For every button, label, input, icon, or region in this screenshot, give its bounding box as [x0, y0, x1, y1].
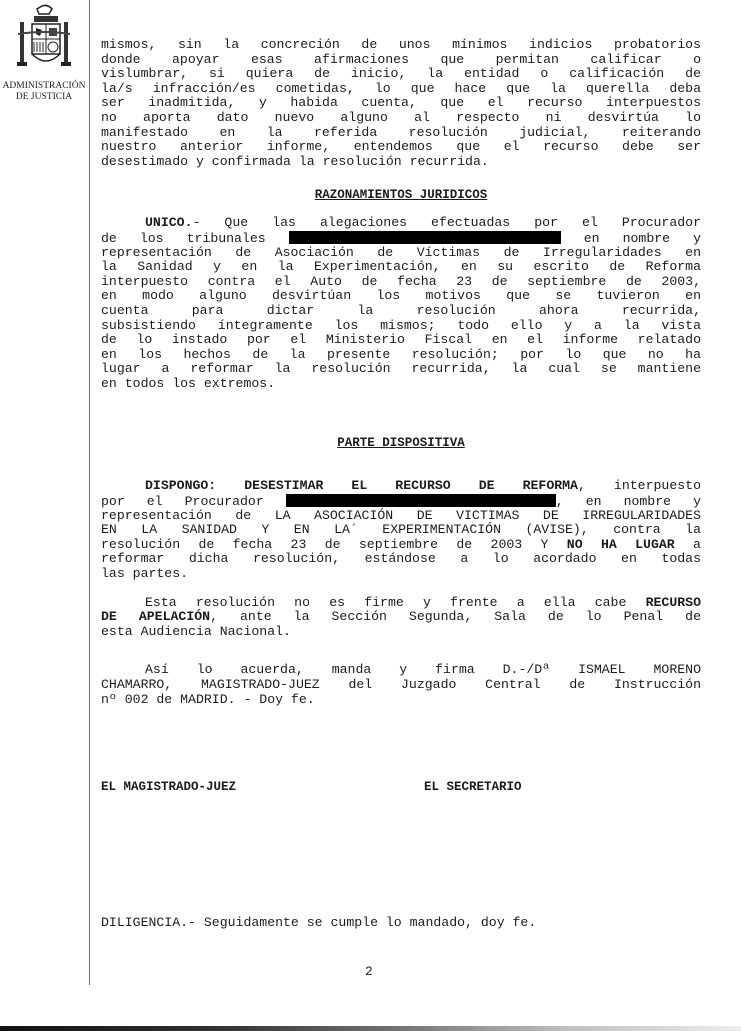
razonamientos-paragraph: UNICO.- Que las alegaciones efectuadas p…: [101, 216, 701, 391]
scan-edge: [0, 1026, 741, 1031]
dispositiva-paragraph: DISPONGO: DESESTIMAR EL RECURSO DE REFOR…: [101, 479, 701, 581]
redacted-name: [289, 231, 561, 244]
margin-rule: [89, 0, 90, 985]
coat-of-arms-icon: [14, 4, 74, 74]
section-heading-parte-dispositiva: PARTE DISPOSITIVA: [101, 435, 701, 451]
page-number: 2: [365, 964, 373, 979]
document-body: mismos, sin la concreción de unos mínimo…: [101, 38, 701, 707]
institution-name: ADMINISTRACIÓN DE JUSTICIA: [0, 81, 88, 103]
intro-paragraph: mismos, sin la concreción de unos mínimo…: [101, 38, 701, 169]
signature-magistrado: EL MAGISTRADO-JUEZ: [101, 780, 236, 794]
signature-secretario: EL SECRETARIO: [424, 780, 522, 794]
firma-paragraph: Así lo acuerda, manda y firma D.-/Dª ISM…: [101, 663, 701, 707]
recurso-paragraph: Esta resolución no es firme y frente a e…: [101, 596, 701, 640]
section-heading-razonamientos: RAZONAMIENTOS JURIDICOS: [101, 187, 701, 203]
redacted-name: [286, 494, 556, 507]
diligencia-line: DILIGENCIA.- Seguidamente se cumple lo m…: [101, 916, 621, 931]
